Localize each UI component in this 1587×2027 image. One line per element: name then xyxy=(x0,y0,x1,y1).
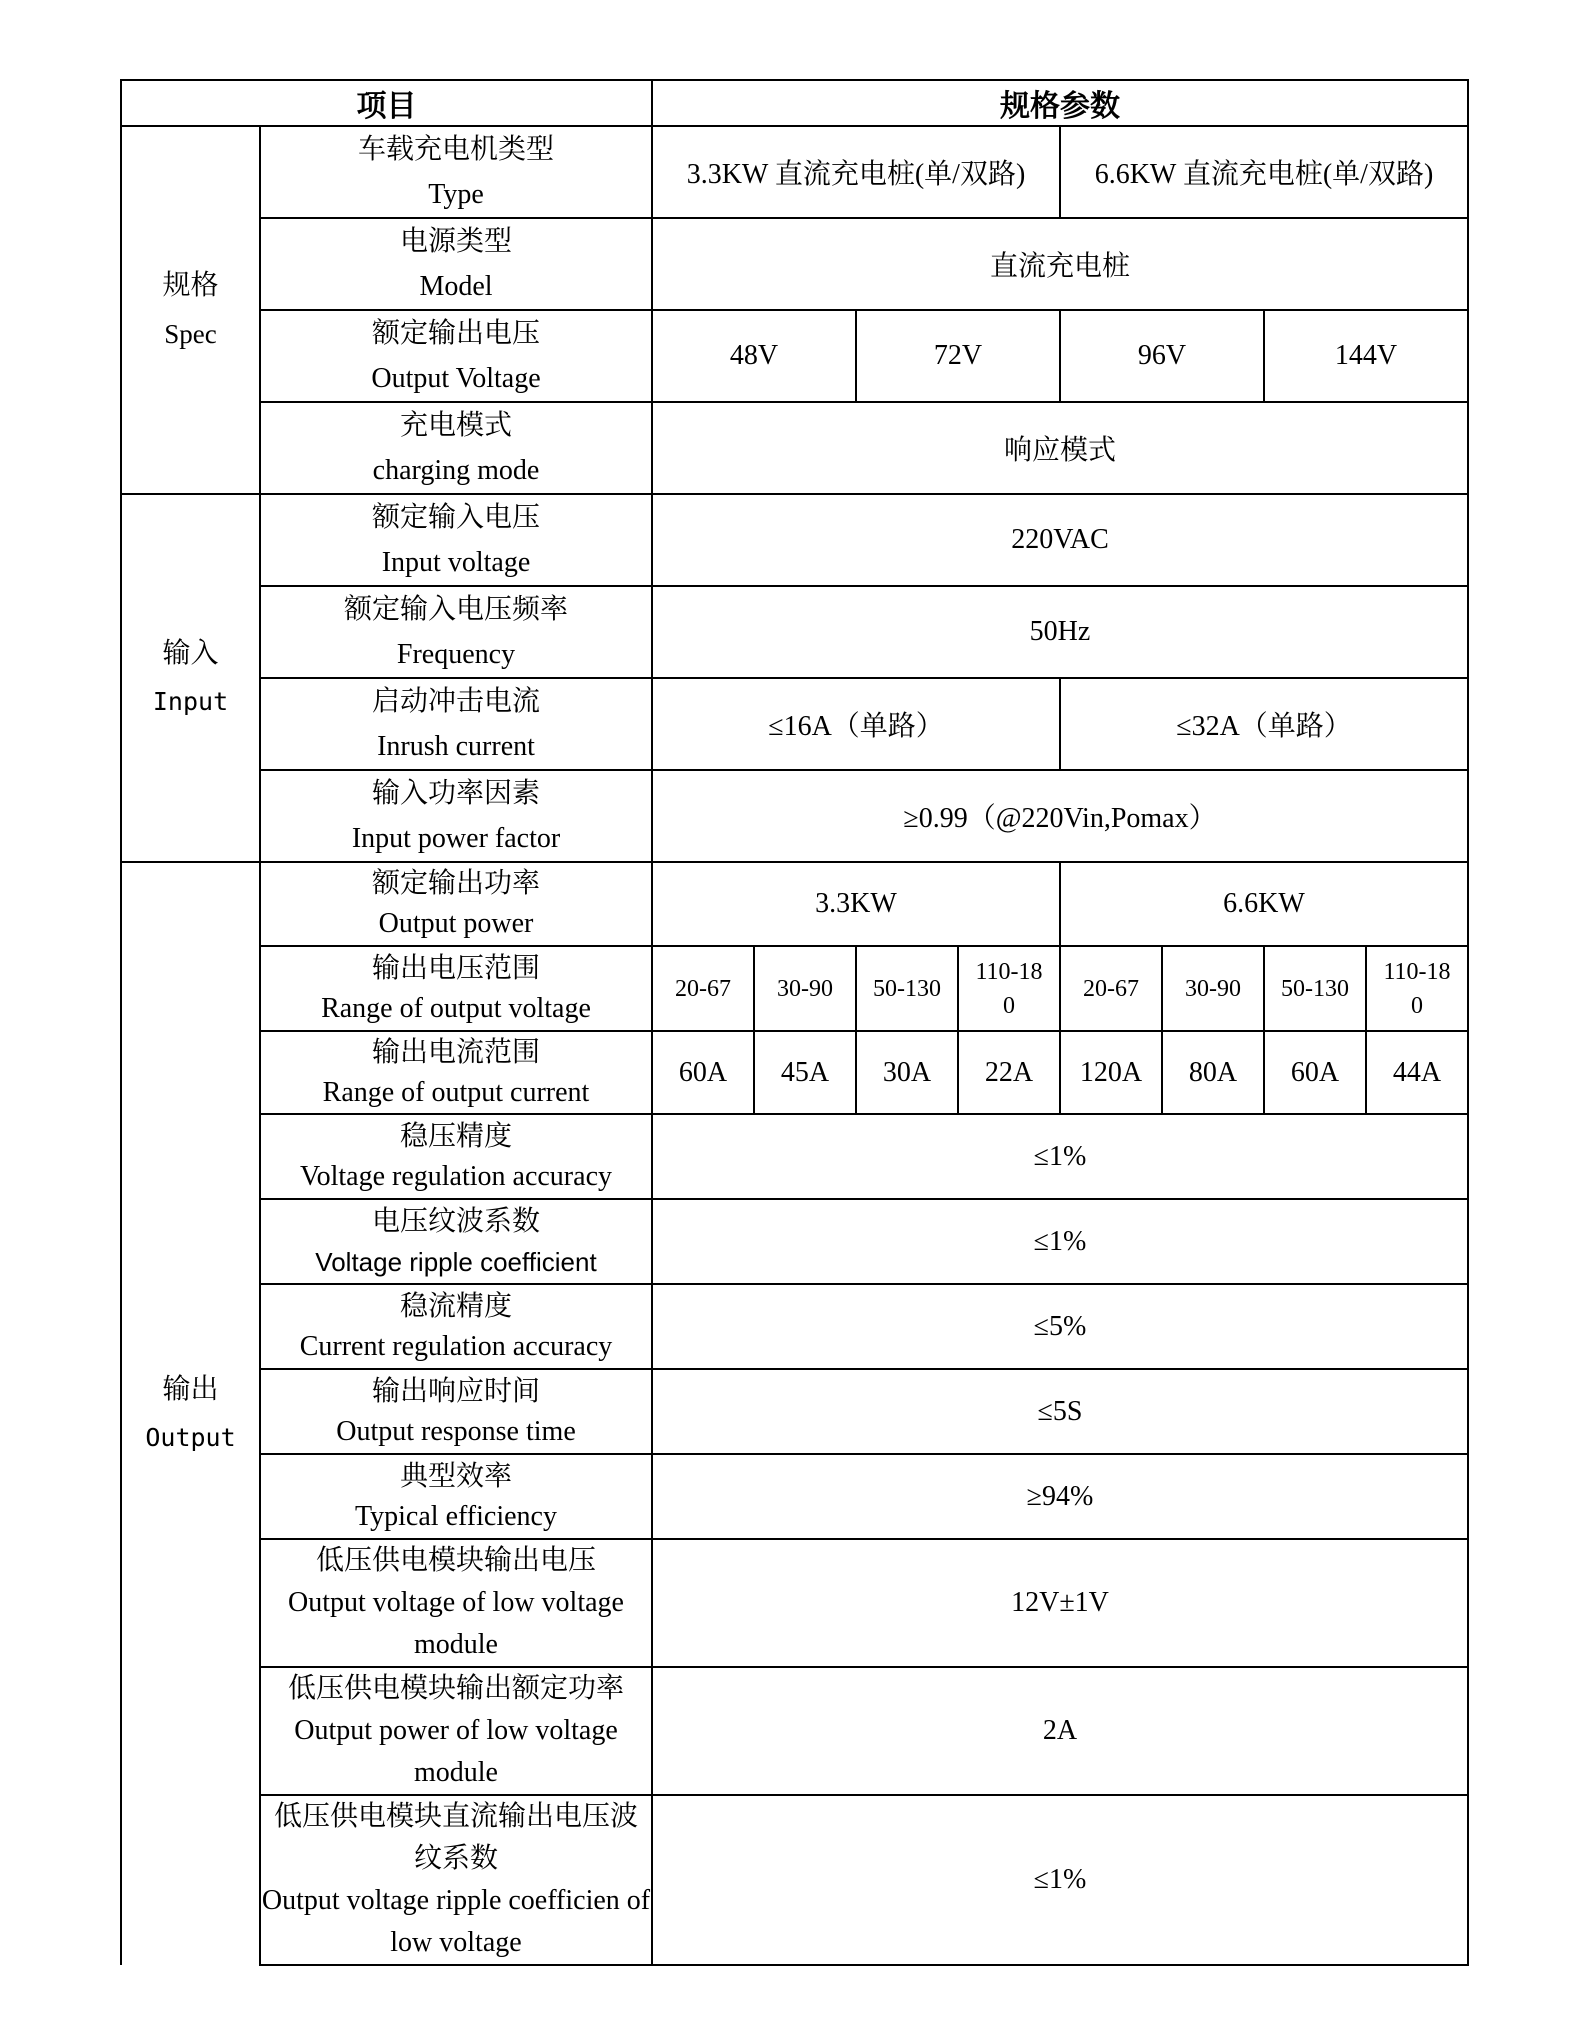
value-vr-0: 20-67 xyxy=(652,946,754,1031)
value-cr-7: 44A xyxy=(1366,1031,1468,1114)
header-items: 项目 xyxy=(121,80,652,126)
group-output-zh: 输出 xyxy=(122,1366,259,1414)
value-model: 直流充电桩 xyxy=(652,218,1468,310)
label-lv-voltage: 低压供电模块输出电压 Output voltage of low voltage… xyxy=(260,1539,652,1667)
label-efficiency: 典型效率 Typical efficiency xyxy=(260,1454,652,1539)
label-output-voltage-en: Output Voltage xyxy=(261,356,651,401)
value-cr-6: 60A xyxy=(1264,1031,1366,1114)
value-ov-144: 144V xyxy=(1264,310,1468,402)
label-current-range-en: Range of output current xyxy=(261,1073,651,1113)
label-current-regulation-en: Current regulation accuracy xyxy=(261,1327,651,1367)
value-lv-voltage: 12V±1V xyxy=(652,1539,1468,1667)
value-lv-ripple: ≤1% xyxy=(652,1795,1468,1965)
row-charging-mode: 充电模式 charging mode 响应模式 xyxy=(121,402,1468,494)
label-voltage-range: 输出电压范围 Range of output voltage xyxy=(260,946,652,1031)
label-model-zh: 电源类型 xyxy=(261,219,651,264)
value-cr-2: 30A xyxy=(856,1031,958,1114)
value-voltage-regulation: ≤1% xyxy=(652,1114,1468,1199)
value-vr-1: 30-90 xyxy=(754,946,856,1031)
value-vr-5: 30-90 xyxy=(1162,946,1264,1031)
label-frequency-en: Frequency xyxy=(261,632,651,677)
spec-table: 项目 规格参数 规格 Spec 车载充电机类型 Type 3.3KW 直流充电桩… xyxy=(120,79,1469,1966)
label-current-regulation-zh: 稳流精度 xyxy=(261,1287,651,1327)
value-inrush-16: ≤16A（单路） xyxy=(652,678,1060,770)
label-lv-ripple: 低压供电模块直流输出电压波纹系数 Output voltage ripple c… xyxy=(260,1795,652,1965)
label-inrush-en: Inrush current xyxy=(261,724,651,769)
group-input: 输入 Input xyxy=(121,494,260,862)
label-response-time-en: Output response time xyxy=(261,1412,651,1452)
group-input-en: Input xyxy=(122,678,259,726)
value-cr-0: 60A xyxy=(652,1031,754,1114)
row-voltage-range: 输出电压范围 Range of output voltage 20-67 30-… xyxy=(121,946,1468,1031)
label-voltage-ripple-zh: 电压纹波系数 xyxy=(261,1202,651,1242)
group-spec-zh: 规格 xyxy=(122,262,259,310)
label-response-time: 输出响应时间 Output response time xyxy=(260,1369,652,1454)
label-efficiency-en: Typical efficiency xyxy=(261,1497,651,1537)
value-power-factor: ≥0.99（@220Vin,Pomax） xyxy=(652,770,1468,862)
value-ov-96: 96V xyxy=(1060,310,1264,402)
value-efficiency: ≥94% xyxy=(652,1454,1468,1539)
header-params: 规格参数 xyxy=(652,80,1468,126)
row-power-factor: 输入功率因素 Input power factor ≥0.99（@220Vin,… xyxy=(121,770,1468,862)
label-model-en: Model xyxy=(261,264,651,309)
label-input-voltage-zh: 额定输入电压 xyxy=(261,495,651,540)
value-current-regulation: ≤5% xyxy=(652,1284,1468,1369)
value-input-voltage: 220VAC xyxy=(652,494,1468,586)
value-vr-4: 20-67 xyxy=(1060,946,1162,1031)
value-cr-3: 22A xyxy=(958,1031,1060,1114)
row-lv-ripple: 低压供电模块直流输出电压波纹系数 Output voltage ripple c… xyxy=(121,1795,1468,1965)
label-frequency: 额定输入电压频率 Frequency xyxy=(260,586,652,678)
label-charging-mode-zh: 充电模式 xyxy=(261,403,651,448)
label-type: 车载充电机类型 Type xyxy=(260,126,652,218)
label-power-factor: 输入功率因素 Input power factor xyxy=(260,770,652,862)
header-row: 项目 规格参数 xyxy=(121,80,1468,126)
group-spec: 规格 Spec xyxy=(121,126,260,494)
label-voltage-ripple-en: Voltage ripple coefficient xyxy=(261,1242,651,1282)
label-output-power-zh: 额定输出功率 xyxy=(261,864,651,904)
row-input-voltage: 输入 Input 额定输入电压 Input voltage 220VAC xyxy=(121,494,1468,586)
value-ov-72: 72V xyxy=(856,310,1060,402)
label-current-range-zh: 输出电流范围 xyxy=(261,1033,651,1073)
label-input-voltage-en: Input voltage xyxy=(261,540,651,585)
row-lv-voltage: 低压供电模块输出电压 Output voltage of low voltage… xyxy=(121,1539,1468,1667)
row-response-time: 输出响应时间 Output response time ≤5S xyxy=(121,1369,1468,1454)
group-spec-en: Spec xyxy=(122,310,259,358)
label-type-zh: 车载充电机类型 xyxy=(261,127,651,172)
label-charging-mode: 充电模式 charging mode xyxy=(260,402,652,494)
row-voltage-regulation: 稳压精度 Voltage regulation accuracy ≤1% xyxy=(121,1114,1468,1199)
row-output-power: 输出 Output 额定输出功率 Output power 3.3KW 6.6K… xyxy=(121,862,1468,946)
value-ov-48: 48V xyxy=(652,310,856,402)
label-lv-voltage-en: Output voltage of low voltage module xyxy=(261,1582,651,1666)
label-output-power: 额定输出功率 Output power xyxy=(260,862,652,946)
label-voltage-regulation-en: Voltage regulation accuracy xyxy=(261,1157,651,1197)
value-frequency: 50Hz xyxy=(652,586,1468,678)
value-type-3kw: 3.3KW 直流充电桩(单/双路) xyxy=(652,126,1060,218)
label-lv-power: 低压供电模块输出额定功率 Output power of low voltage… xyxy=(260,1667,652,1795)
value-voltage-ripple: ≤1% xyxy=(652,1199,1468,1284)
label-power-factor-zh: 输入功率因素 xyxy=(261,771,651,816)
group-output-en: Output xyxy=(122,1414,259,1462)
label-lv-power-zh: 低压供电模块输出额定功率 xyxy=(261,1668,651,1710)
row-current-range: 输出电流范围 Range of output current 60A 45A 3… xyxy=(121,1031,1468,1114)
row-output-voltage: 额定输出电压 Output Voltage 48V 72V 96V 144V xyxy=(121,310,1468,402)
label-lv-voltage-zh: 低压供电模块输出电压 xyxy=(261,1540,651,1582)
label-voltage-regulation-zh: 稳压精度 xyxy=(261,1117,651,1157)
label-lv-ripple-zh: 低压供电模块直流输出电压波纹系数 xyxy=(261,1796,651,1880)
label-lv-power-en: Output power of low voltage module xyxy=(261,1710,651,1794)
value-lv-power: 2A xyxy=(652,1667,1468,1795)
label-inrush: 启动冲击电流 Inrush current xyxy=(260,678,652,770)
label-voltage-ripple: 电压纹波系数 Voltage ripple coefficient xyxy=(260,1199,652,1284)
value-cr-5: 80A xyxy=(1162,1031,1264,1114)
label-output-power-en: Output power xyxy=(261,904,651,944)
label-charging-mode-en: charging mode xyxy=(261,448,651,493)
value-vr-6: 50-130 xyxy=(1264,946,1366,1031)
value-inrush-32: ≤32A（单路） xyxy=(1060,678,1468,770)
label-type-en: Type xyxy=(261,172,651,217)
row-voltage-ripple: 电压纹波系数 Voltage ripple coefficient ≤1% xyxy=(121,1199,1468,1284)
group-output: 输出 Output xyxy=(121,862,260,1965)
value-cr-4: 120A xyxy=(1060,1031,1162,1114)
label-current-regulation: 稳流精度 Current regulation accuracy xyxy=(260,1284,652,1369)
row-lv-power: 低压供电模块输出额定功率 Output power of low voltage… xyxy=(121,1667,1468,1795)
value-op-6kw: 6.6KW xyxy=(1060,862,1468,946)
value-charging-mode: 响应模式 xyxy=(652,402,1468,494)
group-input-zh: 输入 xyxy=(122,630,259,678)
label-voltage-regulation: 稳压精度 Voltage regulation accuracy xyxy=(260,1114,652,1199)
label-voltage-range-zh: 输出电压范围 xyxy=(261,949,651,989)
value-vr-3: 110-180 xyxy=(958,946,1060,1031)
value-vr-7: 110-180 xyxy=(1366,946,1468,1031)
label-voltage-range-en: Range of output voltage xyxy=(261,989,651,1029)
value-type-6kw: 6.6KW 直流充电桩(单/双路) xyxy=(1060,126,1468,218)
label-inrush-zh: 启动冲击电流 xyxy=(261,679,651,724)
label-input-voltage: 额定输入电压 Input voltage xyxy=(260,494,652,586)
label-current-range: 输出电流范围 Range of output current xyxy=(260,1031,652,1114)
label-frequency-zh: 额定输入电压频率 xyxy=(261,587,651,632)
value-op-3kw: 3.3KW xyxy=(652,862,1060,946)
row-inrush: 启动冲击电流 Inrush current ≤16A（单路） ≤32A（单路） xyxy=(121,678,1468,770)
value-response-time: ≤5S xyxy=(652,1369,1468,1454)
label-model: 电源类型 Model xyxy=(260,218,652,310)
row-model: 电源类型 Model 直流充电桩 xyxy=(121,218,1468,310)
label-response-time-zh: 输出响应时间 xyxy=(261,1372,651,1412)
value-vr-2: 50-130 xyxy=(856,946,958,1031)
row-frequency: 额定输入电压频率 Frequency 50Hz xyxy=(121,586,1468,678)
label-lv-ripple-en: Output voltage ripple coefficien of low … xyxy=(261,1880,651,1964)
label-output-voltage: 额定输出电压 Output Voltage xyxy=(260,310,652,402)
label-efficiency-zh: 典型效率 xyxy=(261,1457,651,1497)
label-output-voltage-zh: 额定输出电压 xyxy=(261,311,651,356)
row-current-regulation: 稳流精度 Current regulation accuracy ≤5% xyxy=(121,1284,1468,1369)
row-efficiency: 典型效率 Typical efficiency ≥94% xyxy=(121,1454,1468,1539)
label-power-factor-en: Input power factor xyxy=(261,816,651,861)
value-cr-1: 45A xyxy=(754,1031,856,1114)
row-type: 规格 Spec 车载充电机类型 Type 3.3KW 直流充电桩(单/双路) 6… xyxy=(121,126,1468,218)
